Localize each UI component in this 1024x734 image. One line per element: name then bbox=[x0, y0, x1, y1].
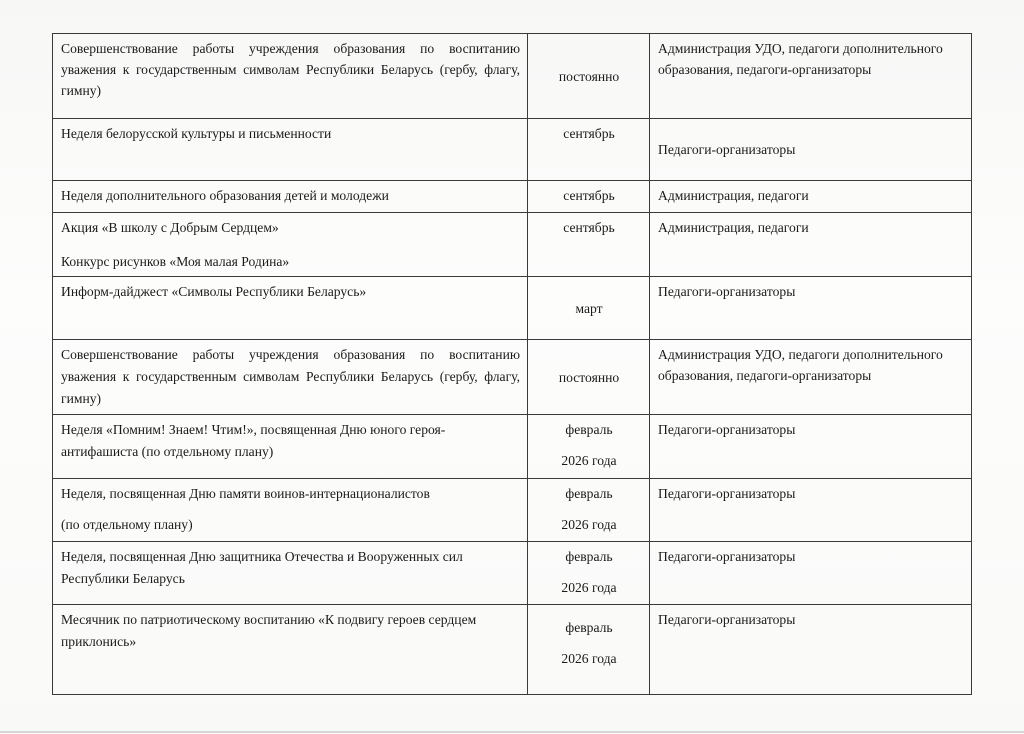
term-cell: февраль 2026 года bbox=[528, 415, 650, 479]
table-row: Месячник по патриотическому воспитанию «… bbox=[53, 605, 972, 695]
term-cell: февраль 2026 года bbox=[528, 479, 650, 542]
event-text-secondary: (по отдельному плану) bbox=[61, 514, 520, 535]
table-row: Неделя, посвященная Дню памяти воинов-ин… bbox=[53, 479, 972, 542]
spacer bbox=[536, 638, 642, 648]
term-month: февраль bbox=[536, 617, 642, 638]
term-text: сентябрь bbox=[563, 188, 614, 203]
event-cell: Неделя дополнительного образования детей… bbox=[53, 181, 528, 213]
scan-edge-line bbox=[0, 731, 1024, 733]
responsible-text: Педагоги-организаторы bbox=[658, 422, 795, 437]
responsible-cell: Администрация, педагоги bbox=[650, 213, 972, 277]
responsible-cell: Педагоги-организаторы bbox=[650, 119, 972, 181]
term-cell: февраль 2026 года bbox=[528, 605, 650, 695]
term-month: февраль bbox=[536, 483, 642, 504]
spacer bbox=[536, 504, 642, 514]
term-text: сентябрь bbox=[563, 126, 614, 141]
responsible-cell: Педагоги-организаторы bbox=[650, 277, 972, 340]
responsible-text: Педагоги-организаторы bbox=[658, 612, 795, 627]
table-row: Неделя, посвященная Дню защитника Отечес… bbox=[53, 542, 972, 605]
table-row: Акция «В школу с Добрым Сердцем» Конкурс… bbox=[53, 213, 972, 277]
spacer bbox=[61, 238, 520, 251]
event-cell: Неделя, посвященная Дню защитника Отечес… bbox=[53, 542, 528, 605]
responsible-text: Педагоги-организаторы bbox=[658, 284, 795, 299]
event-text: Неделя дополнительного образования детей… bbox=[61, 188, 389, 203]
responsible-text: Администрация, педагоги bbox=[658, 220, 809, 235]
event-text: Неделя белорусской культуры и письменнос… bbox=[61, 126, 331, 141]
term-cell: март bbox=[528, 277, 650, 340]
event-text: Неделя, посвященная Дню памяти воинов-ин… bbox=[61, 483, 520, 504]
event-text: Совершенствование работы учреждения обра… bbox=[61, 41, 520, 98]
event-text: Совершенствование работы учреждения обра… bbox=[61, 347, 520, 406]
event-cell: Месячник по патриотическому воспитанию «… bbox=[53, 605, 528, 695]
event-text: Акция «В школу с Добрым Сердцем» bbox=[61, 217, 520, 238]
table-row: Неделя дополнительного образования детей… bbox=[53, 181, 972, 213]
spacer bbox=[536, 440, 642, 450]
responsible-text: Администрация УДО, педагоги дополнительн… bbox=[658, 347, 943, 383]
term-year: 2026 года bbox=[536, 514, 642, 535]
responsible-cell: Педагоги-организаторы bbox=[650, 542, 972, 605]
responsible-text: Педагоги-организаторы bbox=[658, 486, 795, 501]
event-cell: Акция «В школу с Добрым Сердцем» Конкурс… bbox=[53, 213, 528, 277]
term-text: постоянно bbox=[559, 69, 619, 84]
responsible-text: Администрация УДО, педагоги дополнительн… bbox=[658, 41, 943, 77]
responsible-cell: Администрация УДО, педагоги дополнительн… bbox=[650, 34, 972, 119]
responsible-text: Педагоги-организаторы bbox=[658, 549, 795, 564]
table-row: Совершенствование работы учреждения обра… bbox=[53, 340, 972, 415]
term-year: 2026 года bbox=[536, 577, 642, 598]
term-cell: сентябрь bbox=[528, 181, 650, 213]
table-row: Совершенствование работы учреждения обра… bbox=[53, 34, 972, 119]
responsible-cell: Администрация, педагоги bbox=[650, 181, 972, 213]
event-cell: Неделя, посвященная Дню памяти воинов-ин… bbox=[53, 479, 528, 542]
term-year: 2026 года bbox=[536, 450, 642, 471]
term-text: март bbox=[575, 301, 602, 316]
responsible-cell: Администрация УДО, педагоги дополнительн… bbox=[650, 340, 972, 415]
term-cell: сентябрь bbox=[528, 119, 650, 181]
event-text: Неделя «Помним! Знаем! Чтим!», посвященн… bbox=[61, 422, 445, 459]
term-cell: постоянно bbox=[528, 34, 650, 119]
responsible-cell: Педагоги-организаторы bbox=[650, 479, 972, 542]
term-text: постоянно bbox=[559, 370, 619, 385]
term-month: февраль bbox=[536, 546, 642, 567]
term-year: 2026 года bbox=[536, 648, 642, 669]
responsible-cell: Педагоги-организаторы bbox=[650, 415, 972, 479]
term-text: сентябрь bbox=[563, 220, 614, 235]
table-row: Неделя белорусской культуры и письменнос… bbox=[53, 119, 972, 181]
table-row: Неделя «Помним! Знаем! Чтим!», посвященн… bbox=[53, 415, 972, 479]
event-text: Неделя, посвященная Дню защитника Отечес… bbox=[61, 549, 463, 586]
event-cell: Неделя «Помним! Знаем! Чтим!», посвященн… bbox=[53, 415, 528, 479]
term-cell: сентябрь bbox=[528, 213, 650, 277]
event-text: Месячник по патриотическому воспитанию «… bbox=[61, 612, 476, 649]
event-cell: Неделя белорусской культуры и письменнос… bbox=[53, 119, 528, 181]
term-cell: февраль 2026 года bbox=[528, 542, 650, 605]
responsible-cell: Педагоги-организаторы bbox=[650, 605, 972, 695]
event-cell: Совершенствование работы учреждения обра… bbox=[53, 34, 528, 119]
term-month: февраль bbox=[536, 419, 642, 440]
event-cell: Совершенствование работы учреждения обра… bbox=[53, 340, 528, 415]
event-text: Информ-дайджест «Символы Республики Бела… bbox=[61, 284, 366, 299]
term-cell: постоянно bbox=[528, 340, 650, 415]
event-cell: Информ-дайджест «Символы Республики Бела… bbox=[53, 277, 528, 340]
event-text-secondary: Конкурс рисунков «Моя малая Родина» bbox=[61, 251, 520, 272]
table-row: Информ-дайджест «Символы Республики Бела… bbox=[53, 277, 972, 340]
responsible-text: Педагоги-организаторы bbox=[658, 142, 795, 157]
responsible-text: Администрация, педагоги bbox=[658, 188, 809, 203]
spacer bbox=[536, 567, 642, 577]
spacer bbox=[61, 504, 520, 514]
events-plan-table: Совершенствование работы учреждения обра… bbox=[52, 33, 972, 695]
